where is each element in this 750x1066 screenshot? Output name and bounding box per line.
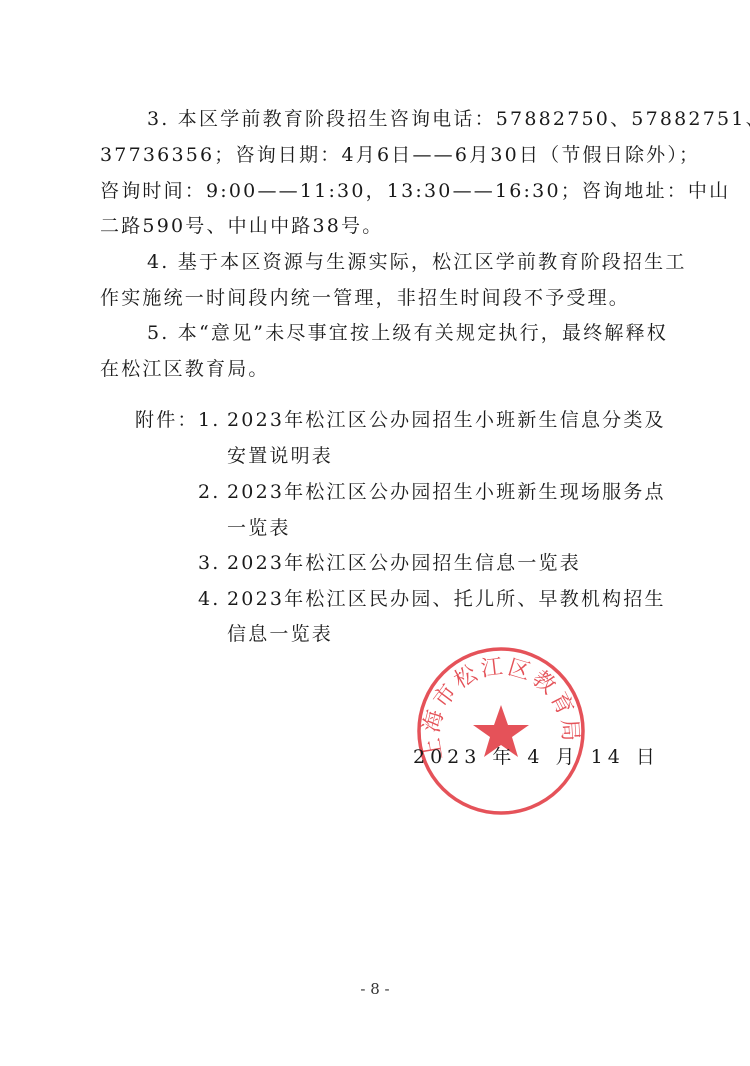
official-seal-icon: 上海市松江区教育局 [415, 645, 587, 817]
paragraph-3-line-1: 3. 本区学前教育阶段招生咨询电话：57882750、57882751、 [147, 106, 750, 132]
attachment-4-line-1: 2023年松江区民办园、托儿所、早教机构招生 [227, 586, 666, 612]
paragraph-4-line-1: 4. 基于本区资源与生源实际，松江区学前教育阶段招生工 [147, 249, 687, 275]
attachment-1-line-1: 2023年松江区公办园招生小班新生信息分类及 [227, 407, 666, 433]
attachment-4-line-2: 信息一览表 [227, 621, 333, 647]
attachment-1-num: 1. [198, 407, 221, 433]
attachments-label: 附件： [135, 407, 199, 433]
paragraph-5-line-1: 5. 本“意见”未尽事宜按上级有关规定执行，最终解释权 [147, 320, 668, 346]
attachment-2-line-2: 一览表 [227, 515, 291, 541]
paragraph-3-line-4: 二路590号、中山中路38号。 [100, 213, 383, 239]
attachment-2-num: 2. [198, 479, 221, 505]
attachment-2-line-1: 2023年松江区公办园招生小班新生现场服务点 [227, 479, 666, 505]
attachment-4-num: 4. [198, 586, 221, 612]
paragraph-3-line-2: 37736356；咨询日期：4月6日——6月30日（节假日除外）； [100, 142, 700, 168]
page-number: - 8 - [0, 980, 750, 998]
paragraph-4-line-2: 作实施统一时间段内统一管理，非招生时间段不予受理。 [100, 285, 630, 311]
attachment-3-num: 3. [198, 550, 221, 576]
attachment-3-line-1: 2023年松江区公办园招生信息一览表 [227, 550, 581, 576]
paragraph-3-line-3: 咨询时间：9:00——11:30，13:30——16:30；咨询地址：中山 [100, 178, 730, 204]
attachment-1-line-2: 安置说明表 [227, 443, 333, 469]
paragraph-5-line-2: 在松江区教育局。 [100, 356, 270, 382]
signature-date: 2023 年 4 月 14 日 [413, 744, 660, 770]
